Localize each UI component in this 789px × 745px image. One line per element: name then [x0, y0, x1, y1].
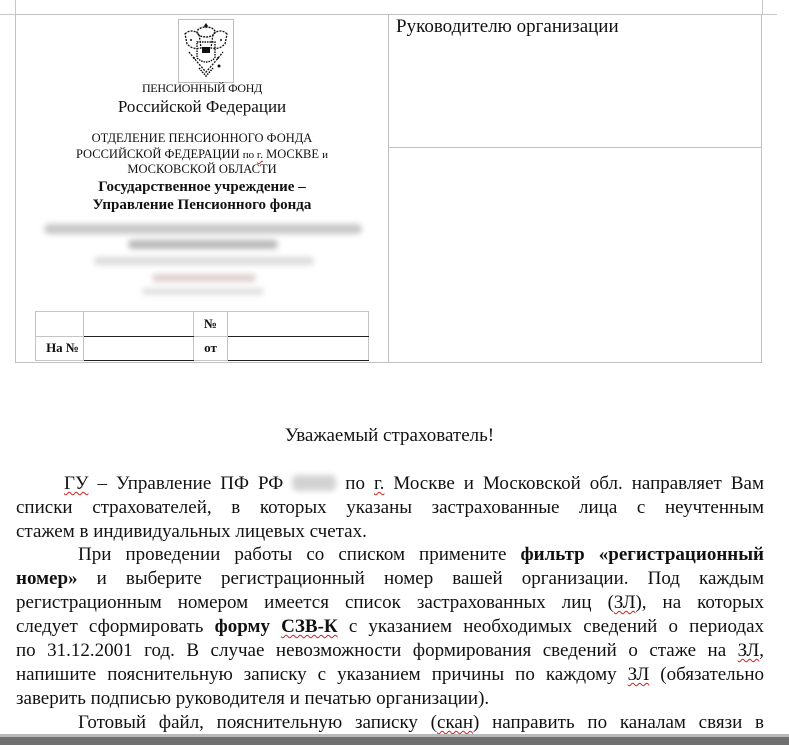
outgoing-date-field[interactable]: [228, 312, 369, 337]
branch-name-line3: МОСКОВСКОЙ ОБЛАСТИ: [16, 162, 388, 177]
institution-name-line1: Государственное учреждение –: [16, 179, 388, 196]
redacted-address-line: [142, 288, 264, 295]
reply-to-number-field[interactable]: [84, 336, 194, 361]
letterhead-table: ПЕНСИОННЫЙ ФОНД Российской Федерации ОТД…: [15, 14, 762, 363]
paragraph-2: При проведении работы со списком примени…: [16, 543, 764, 711]
date-label: от: [194, 336, 228, 361]
spellcheck-word[interactable]: ГУ: [64, 473, 88, 494]
addressee-cell: Руководителю организации: [389, 15, 761, 148]
spellcheck-word[interactable]: г.: [374, 473, 384, 494]
addressee: Руководителю организации: [396, 16, 619, 38]
page-margin-guide: [762, 14, 777, 15]
reference-number-table: № На № от: [35, 311, 369, 361]
spellcheck-word[interactable]: СЗВ-К: [281, 616, 338, 637]
horizontal-scrollbar[interactable]: [0, 734, 789, 745]
letterhead-cell: ПЕНСИОННЫЙ ФОНД Российской Федерации ОТД…: [16, 15, 389, 362]
fund-name-line2: Российской Федерации: [16, 97, 388, 117]
page-margin-guide: [762, 0, 763, 14]
redacted-address-line: [44, 224, 362, 234]
letter-greeting: Уважаемый страхователь!: [0, 425, 779, 447]
branch-name-line1: ОТДЕЛЕНИЕ ПЕНСИОННОГО ФОНДА: [16, 131, 388, 146]
spellcheck-word[interactable]: скан: [437, 712, 473, 733]
institution-name-line2: Управление Пенсионного фонда: [16, 197, 388, 214]
page-margin-guide: [15, 0, 16, 14]
spellcheck-word[interactable]: ЗЛ: [614, 592, 636, 613]
page-margin-guide: [0, 14, 15, 15]
fund-name-line1: ПЕНСИОННЫЙ ФОНД: [16, 81, 388, 96]
redacted-address-line: [152, 274, 256, 282]
outgoing-number-field[interactable]: [84, 312, 194, 337]
number-label: №: [194, 312, 228, 337]
spellcheck-word[interactable]: ЗЛ: [628, 664, 650, 685]
reply-to-date-field[interactable]: [228, 336, 369, 361]
redacted-number: [292, 475, 336, 491]
paragraph-3: Готовый файл, пояснительную записку (ска…: [16, 711, 764, 735]
redacted-address-line: [94, 257, 314, 265]
coat-of-arms-icon: [178, 19, 234, 83]
redacted-address-line: [128, 240, 278, 249]
branch-name-line2: РОССИЙСКОЙ ФЕДЕРАЦИИ по г. МОСКВЕ и: [16, 147, 388, 162]
addressee-details-cell: [389, 148, 761, 362]
paragraph-1: ГУ – Управление ПФ РФ по г. Москве и Мос…: [16, 472, 764, 544]
reply-to-label: На №: [36, 336, 84, 361]
spellcheck-word[interactable]: ЗЛ: [738, 640, 760, 661]
